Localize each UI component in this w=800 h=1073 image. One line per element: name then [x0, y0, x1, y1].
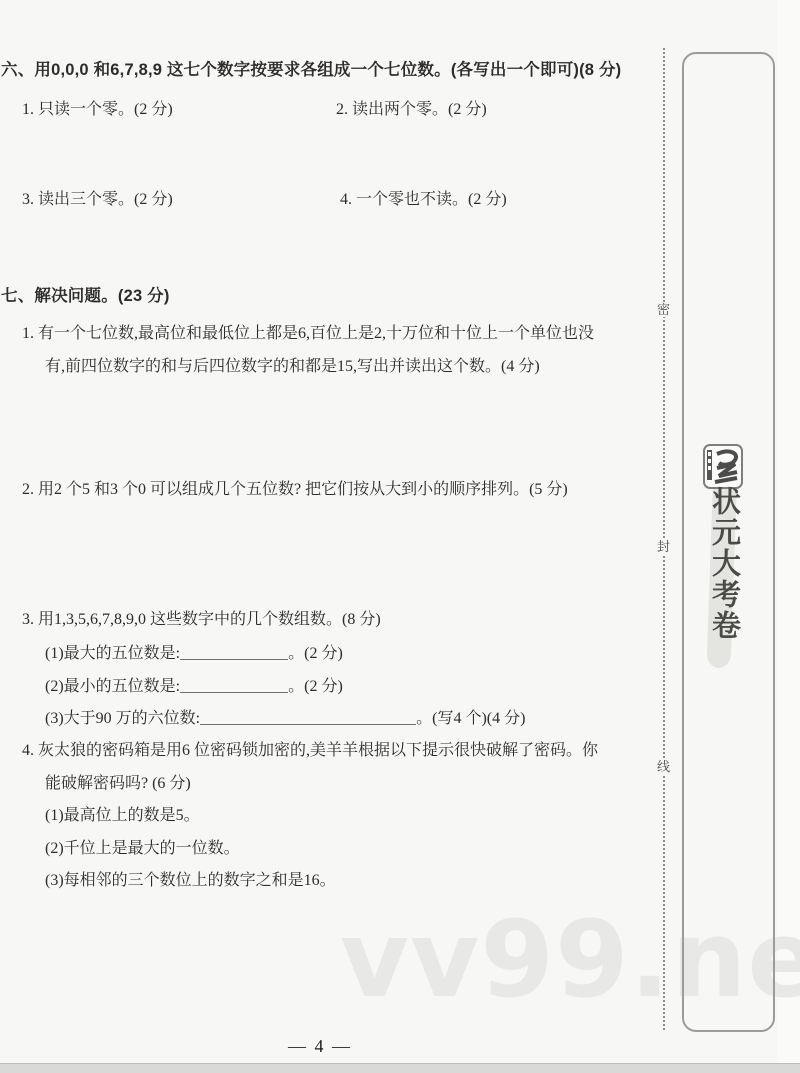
logo-glyph [705, 446, 741, 487]
question-4-sub-3: (3)每相邻的三个数位上的数字之和是16。 [45, 871, 336, 891]
question-3-sub-3-label: (3)大于90 万的六位数: [45, 710, 200, 727]
section-six-item-4: 4. 一个零也不读。(2 分) [340, 190, 507, 210]
exam-paper-page: vv99.net 六、用0,0,0 和6,7,8,9 这七个数字按要求各组成一个… [0, 0, 800, 1073]
section-six-item-3: 3. 读出三个零。(2 分) [22, 190, 173, 210]
section-seven-title: 七、解决问题。(23 分) [1, 286, 170, 306]
question-1-line-2: 有,前四位数字的和与后四位数字的和都是15,写出并读出这个数。(4 分) [45, 357, 540, 377]
question-3-sub-2: (2)最小的五位数是:。(2 分) [45, 677, 343, 697]
answer-blank [200, 710, 416, 725]
question-4-line-1: 4. 灰太狼的密码箱是用6 位密码锁加密的,美羊羊根据以下提示很快破解了密码。你 [22, 741, 598, 761]
question-4-sub-2: (2)千位上是最大的一位数。 [45, 839, 240, 859]
question-3-sub-3-suffix: 。(写4 个)(4 分) [416, 710, 525, 727]
binding-line-label-2: 封 [657, 540, 670, 554]
answer-blank [180, 645, 288, 660]
question-3-sub-3: (3)大于90 万的六位数:。(写4 个)(4 分) [45, 709, 525, 729]
question-3-sub-1-suffix: 。(2 分) [288, 645, 343, 662]
footer-bar [0, 1063, 800, 1073]
binding-line-label-3: 线 [657, 760, 670, 774]
zhuangyuan-logo-icon [703, 444, 743, 489]
question-4-sub-1: (1)最高位上的数是5。 [45, 806, 200, 826]
section-six-item-1: 1. 只读一个零。(2 分) [22, 100, 173, 120]
section-six-title: 六、用0,0,0 和6,7,8,9 这七个数字按要求各组成一个七位数。(各写出一… [1, 60, 621, 80]
question-3-sub-2-label: (2)最小的五位数是: [45, 678, 180, 695]
section-six-item-2: 2. 读出两个零。(2 分) [336, 100, 487, 120]
question-3-sub-2-suffix: 。(2 分) [288, 678, 343, 695]
question-4-line-2: 能破解密码吗? (6 分) [45, 774, 191, 794]
question-2: 2. 用2 个5 和3 个0 可以组成几个五位数? 把它们按从大到小的顺序排列。… [22, 480, 568, 500]
question-3-sub-1: (1)最大的五位数是:。(2 分) [45, 644, 343, 664]
question-1-line-1: 1. 有一个七位数,最高位和最低位上都是6,百位上是2,十万位和十位上一个单位也… [22, 324, 594, 344]
brand-name-vertical: 状元大考卷 [705, 486, 746, 661]
question-3-sub-1-label: (1)最大的五位数是: [45, 645, 180, 662]
question-3-title: 3. 用1,3,5,6,7,8,9,0 这些数字中的几个数组数。(8 分) [22, 610, 381, 630]
binding-line-label-1: 密 [657, 303, 670, 317]
page-number: — 4 — [0, 1036, 640, 1057]
answer-blank [180, 678, 288, 693]
